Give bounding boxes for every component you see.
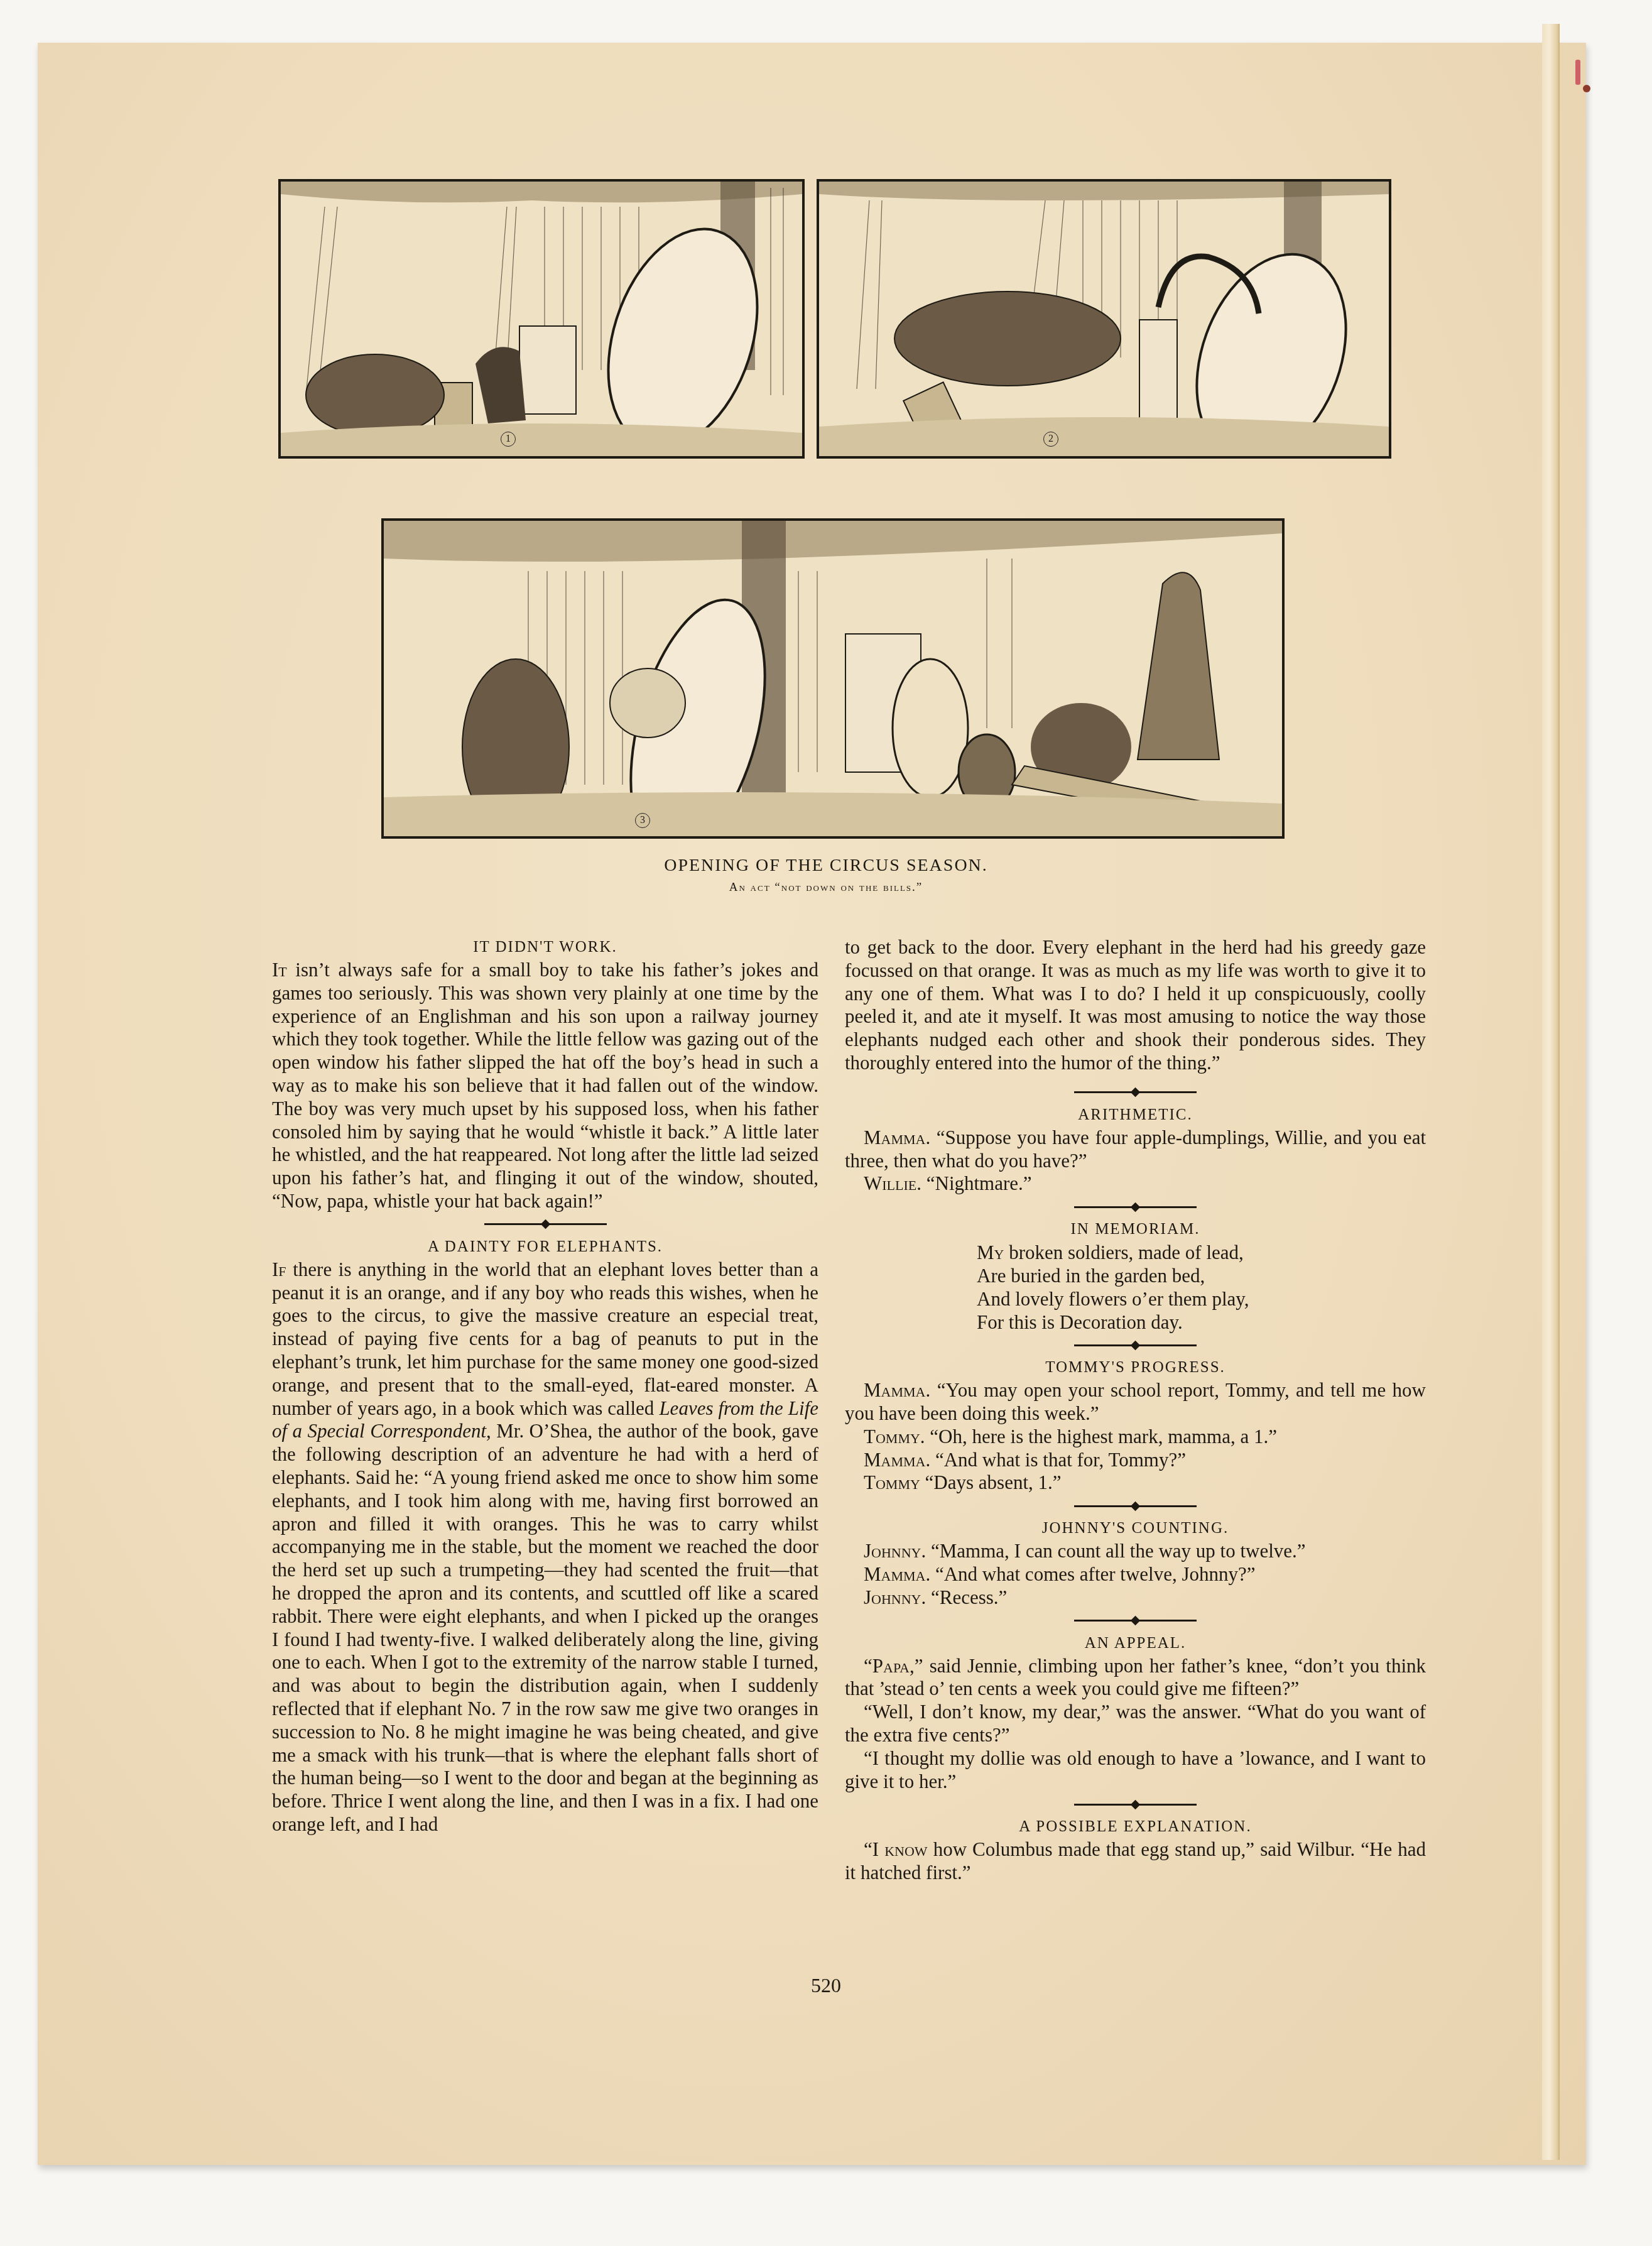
story-paragraph: “I know how Columbus made that egg stand… (845, 1838, 1426, 1885)
dialog-text: “And what comes after twelve, Johnny?” (930, 1563, 1255, 1585)
dialog-line: Mamma. “Suppose you have four apple-dump… (845, 1126, 1426, 1173)
story-body: , Mr. O’Shea, the author of the book, ga… (272, 1420, 818, 1835)
story-continuation: to get back to the door. Every elephant … (845, 936, 1426, 1075)
dialog-text: “Mamma, I can count all the way up to tw… (926, 1540, 1305, 1562)
section-divider (845, 1495, 1426, 1517)
story-title: JOHNNY'S COUNTING. (845, 1517, 1426, 1540)
page-number: 520 (0, 1974, 1652, 1997)
dialog-arithmetic: Mamma. “Suppose you have four apple-dump… (845, 1126, 1426, 1196)
section-divider (845, 1793, 1426, 1816)
dialog-text: “Recess.” (926, 1586, 1007, 1608)
drop-lead: It (272, 959, 287, 981)
illustration-panel-2: 2 (817, 179, 1391, 459)
section-divider (272, 1213, 818, 1236)
dialog-text: “You may open your school report, Tommy,… (845, 1379, 1426, 1424)
dialog-line: Mamma. “You may open your school report,… (845, 1379, 1426, 1426)
dialog-line: Tommy. “Oh, here is the highest mark, ma… (845, 1426, 1426, 1449)
story-title: A DAINTY FOR ELEPHANTS. (272, 1236, 818, 1258)
speaker: Willie. (864, 1172, 921, 1194)
pig-monkey-drum-sketch-icon (281, 182, 802, 456)
drop-lead: know (884, 1838, 927, 1860)
page-spine-edge (1542, 24, 1560, 2160)
story-body: isn’t always safe for a small boy to tak… (272, 959, 818, 1212)
poem-line: Are buried in the garden bed, (977, 1264, 1426, 1287)
drop-lead: My (977, 1241, 1004, 1263)
dialog-line: Johnny. “Recess.” (845, 1586, 1426, 1610)
dialog-text: “Oh, here is the highest mark, mamma, a … (925, 1426, 1277, 1447)
story-title: A POSSIBLE EXPLANATION. (845, 1816, 1426, 1838)
quote-mark: “I (864, 1838, 884, 1860)
dialog-text: “And what is that for, Tommy?” (930, 1449, 1186, 1471)
dialog-johnny: Johnny. “Mamma, I can count all the way … (845, 1540, 1426, 1609)
illustration-caption-subtitle: An act “not down on the bills.” (0, 881, 1652, 895)
story-paragraph: It isn’t always safe for a small boy to … (272, 959, 818, 1213)
story-title: IN MEMORIAM. (845, 1218, 1426, 1241)
section-divider (845, 1610, 1426, 1632)
poem-line: And lovely flowers o’er them play, (977, 1287, 1426, 1311)
speaker: Johnny. (864, 1540, 926, 1562)
panel-number: 3 (635, 813, 650, 828)
story-title: ARITHMETIC. (845, 1104, 1426, 1126)
story-body: ” said Jennie, climbing upon her father’… (845, 1655, 1426, 1700)
quote-mark: “ (864, 1655, 872, 1677)
illustration-panel-1: 1 (278, 179, 805, 459)
binding-stain (1583, 85, 1590, 92)
dialog-line: Mamma. “And what is that for, Tommy?” (845, 1449, 1426, 1472)
poem-line: For this is Decoration day. (977, 1311, 1426, 1334)
pig-charging-drum-sketch-icon (819, 182, 1389, 456)
speaker: Tommy. (864, 1426, 925, 1447)
story-body: how Columbus made that egg stand up,” sa… (845, 1838, 1426, 1883)
poem-line: My broken soldiers, made of lead, (977, 1241, 1426, 1264)
section-divider (845, 1081, 1426, 1104)
speaker: Mamma. (864, 1449, 930, 1471)
speaker: Mamma. (864, 1379, 930, 1401)
illustration-panel-3: 3 (381, 518, 1285, 839)
illustration-caption-title: OPENING OF THE CIRCUS SEASON. (0, 856, 1652, 876)
poem: My broken soldiers, made of lead, Are bu… (845, 1241, 1426, 1334)
story-title: IT DIDN'T WORK. (272, 936, 818, 959)
story-paragraph: “Well, I don’t know, my dear,” was the a… (845, 1701, 1426, 1747)
pig-goat-clown-sketch-icon (384, 521, 1282, 836)
dialog-line: Johnny. “Mamma, I can count all the way … (845, 1540, 1426, 1563)
poem-text: broken soldiers, made of lead, (1004, 1241, 1243, 1263)
story-explanation: “I know how Columbus made that egg stand… (845, 1838, 1426, 1885)
dialog-line: Mamma. “And what comes after twelve, Joh… (845, 1563, 1426, 1586)
story-title: AN APPEAL. (845, 1632, 1426, 1655)
section-divider (845, 1334, 1426, 1356)
dialog-text: “Suppose you have four apple-dumplings, … (845, 1126, 1426, 1172)
story-paragraph: “I thought my dollie was old enough to h… (845, 1747, 1426, 1794)
panel-number: 1 (501, 432, 516, 447)
red-ink-mark (1575, 60, 1580, 85)
story-appeal: “Papa,” said Jennie, climbing upon her f… (845, 1655, 1426, 1794)
dialog-line: Tommy “Days absent, 1.” (845, 1471, 1426, 1495)
story-paragraph: If there is anything in the world that a… (272, 1258, 818, 1836)
speaker: Johnny. (864, 1586, 926, 1608)
story-paragraph: “Papa,” said Jennie, climbing upon her f… (845, 1655, 1426, 1701)
dialog-tommy: Mamma. “You may open your school report,… (845, 1379, 1426, 1495)
speaker: Tommy (864, 1471, 920, 1493)
section-divider (845, 1196, 1426, 1218)
drop-lead: If (272, 1258, 286, 1280)
right-column: to get back to the door. Every elephant … (845, 936, 1426, 1885)
panel-number: 2 (1043, 432, 1058, 447)
dialog-line: Willie. “Nightmare.” (845, 1172, 1426, 1196)
story-title: TOMMY'S PROGRESS. (845, 1356, 1426, 1379)
drop-lead: Papa, (872, 1655, 915, 1677)
speaker: Mamma. (864, 1563, 930, 1585)
story-body: there is anything in the world that an e… (272, 1258, 818, 1419)
speaker: Mamma. (864, 1126, 930, 1148)
dialog-text: “Days absent, 1.” (920, 1471, 1062, 1493)
dialog-text: “Nightmare.” (921, 1172, 1032, 1194)
left-column: IT DIDN'T WORK. It isn’t always safe for… (272, 936, 818, 1836)
